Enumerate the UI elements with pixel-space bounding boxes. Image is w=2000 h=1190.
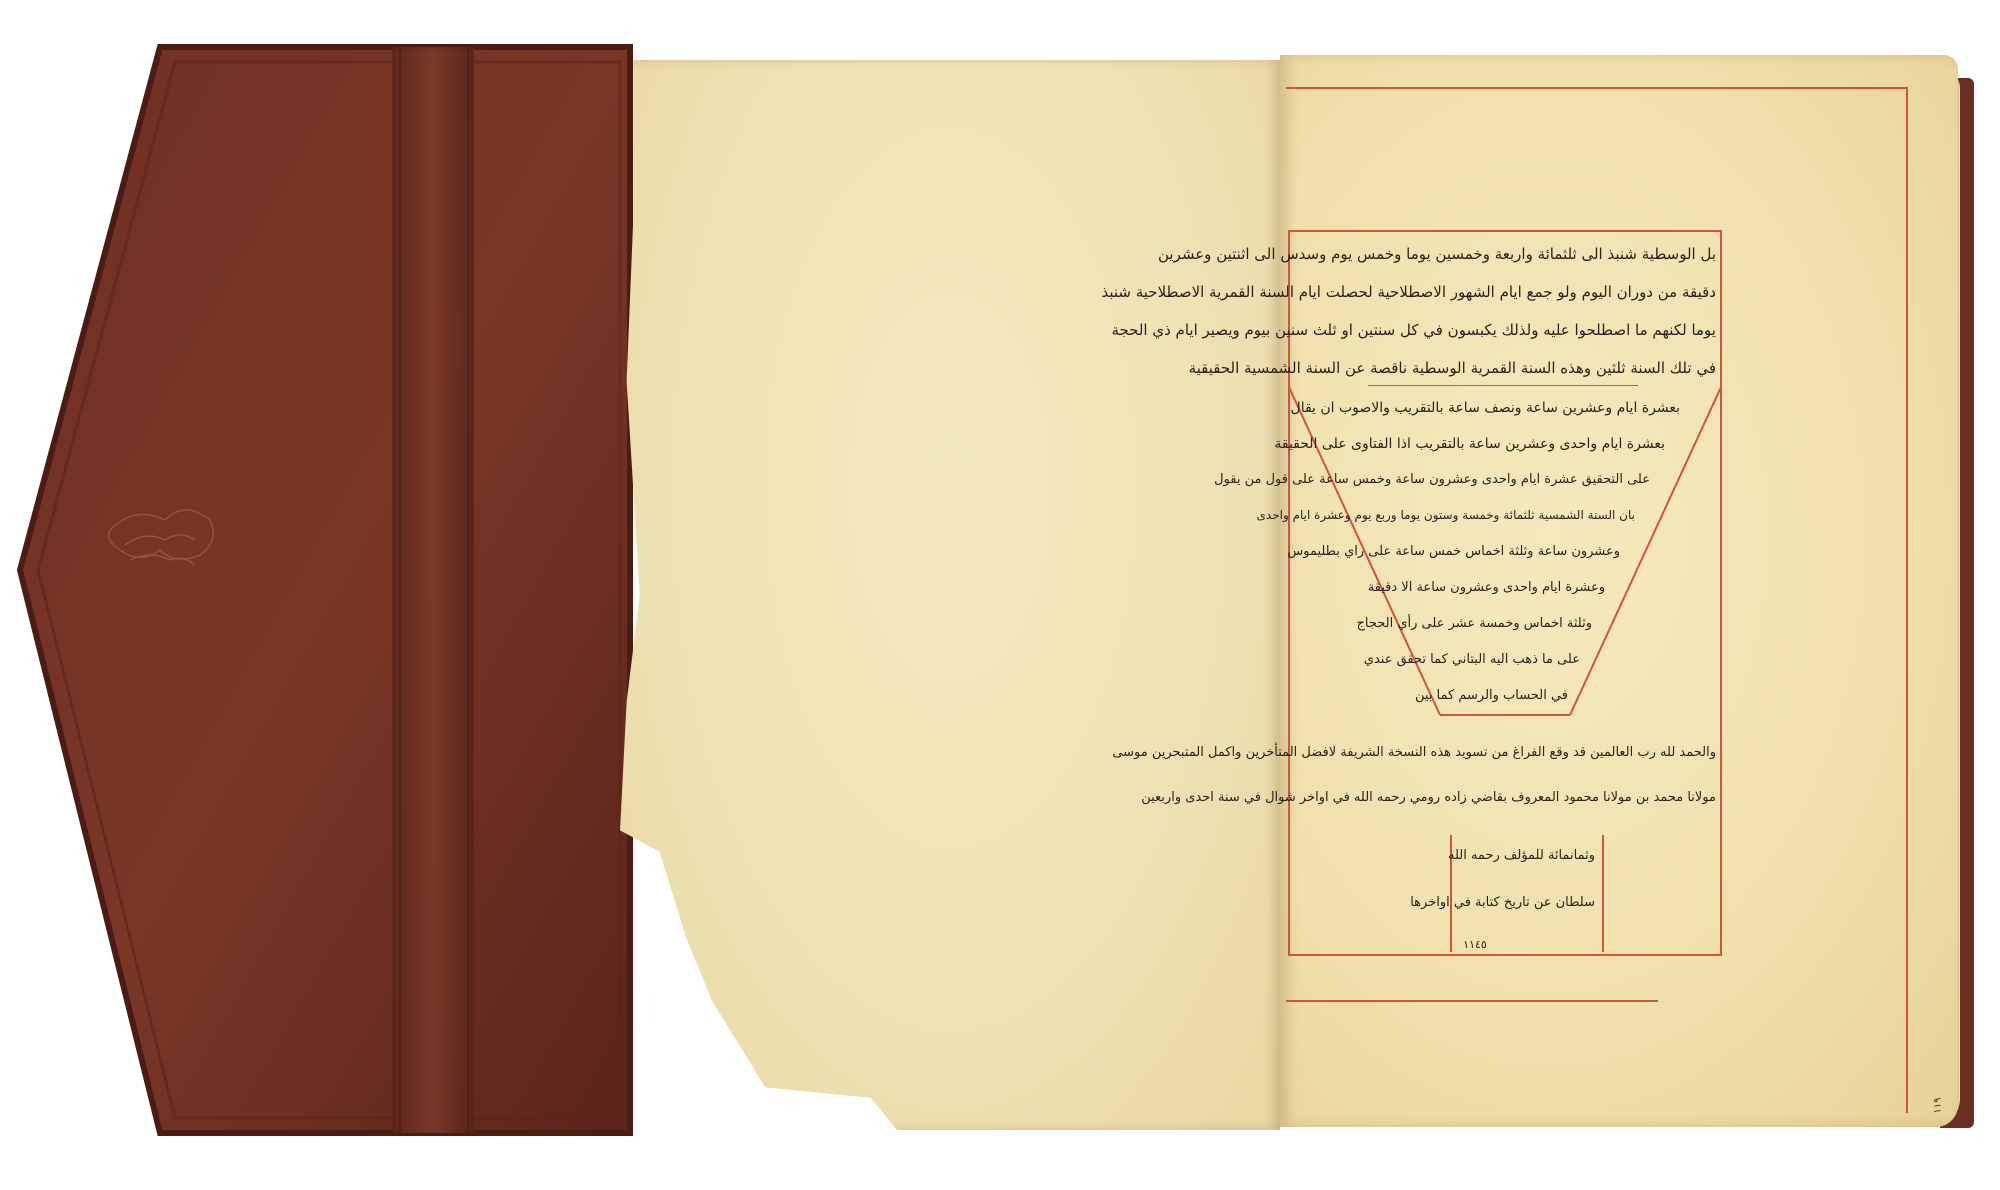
funnel-text-line: بعشرة ايام واحدى وعشرين ساعة بالتقريب اذ… [1345, 436, 1665, 452]
closing-text-line: مولانا محمد بن مولانا محمود المعروف بقاض… [1292, 790, 1716, 805]
funnel-text-line: بان السنة الشمسية ثلثمائة وخمسة وستون يو… [1375, 508, 1635, 522]
funnel-text-line: في الحساب والرسم كما بين [1442, 688, 1568, 703]
funnel-text-line: وعشرون ساعة وثلثة اخماس خمس ساعة على راي… [1390, 544, 1620, 559]
funnel-text-line: وثلثة اخماس وخمسة عشر على رأي الحجاج [1418, 616, 1592, 631]
text-line: في تلك السنة ثلثين وهذه السنة القمرية ال… [1292, 359, 1716, 377]
funnel-text-line: وعشرة ايام واحدى وعشرون ساعة الا دقيقة [1405, 580, 1605, 595]
funnel-text-line: على التحقيق عشرة ايام واحدى وعشرون ساعة … [1360, 472, 1650, 487]
text-line: بل الوسطية شنبذ الى ثلثمائة واربعة وخمسي… [1292, 245, 1716, 263]
outer-frame-bottom-rule [1286, 1000, 1658, 1002]
colophon-line: وثمانمائة للمؤلف رحمه الله [1455, 848, 1595, 863]
blank-flyleaf-page [620, 60, 1280, 1130]
text-line: يوما لكنهم ما اصطلحوا عليه ولذلك يكبسون … [1292, 321, 1716, 339]
closing-text-line: والحمد لله رب العالمين قد وقع الفراغ من … [1292, 745, 1716, 760]
text-line: دقيقة من دوران اليوم ولو جمع ايام الشهور… [1292, 283, 1716, 301]
colophon-line: سلطان عن تاريخ كتابة في اواخرها [1455, 895, 1595, 910]
folio-number: ١١٩ [1933, 1097, 1944, 1113]
envelope-flap [20, 47, 630, 1133]
funnel-text-line: بعشرة ايام وعشرين ساعة ونصف ساعة بالتقري… [1330, 400, 1680, 416]
spine [392, 47, 474, 1133]
funnel-text-line: على ما ذهب اليه البتاني كما تحقق عندي [1430, 652, 1580, 667]
marginal-number: ١١٤٥ [1450, 938, 1500, 951]
